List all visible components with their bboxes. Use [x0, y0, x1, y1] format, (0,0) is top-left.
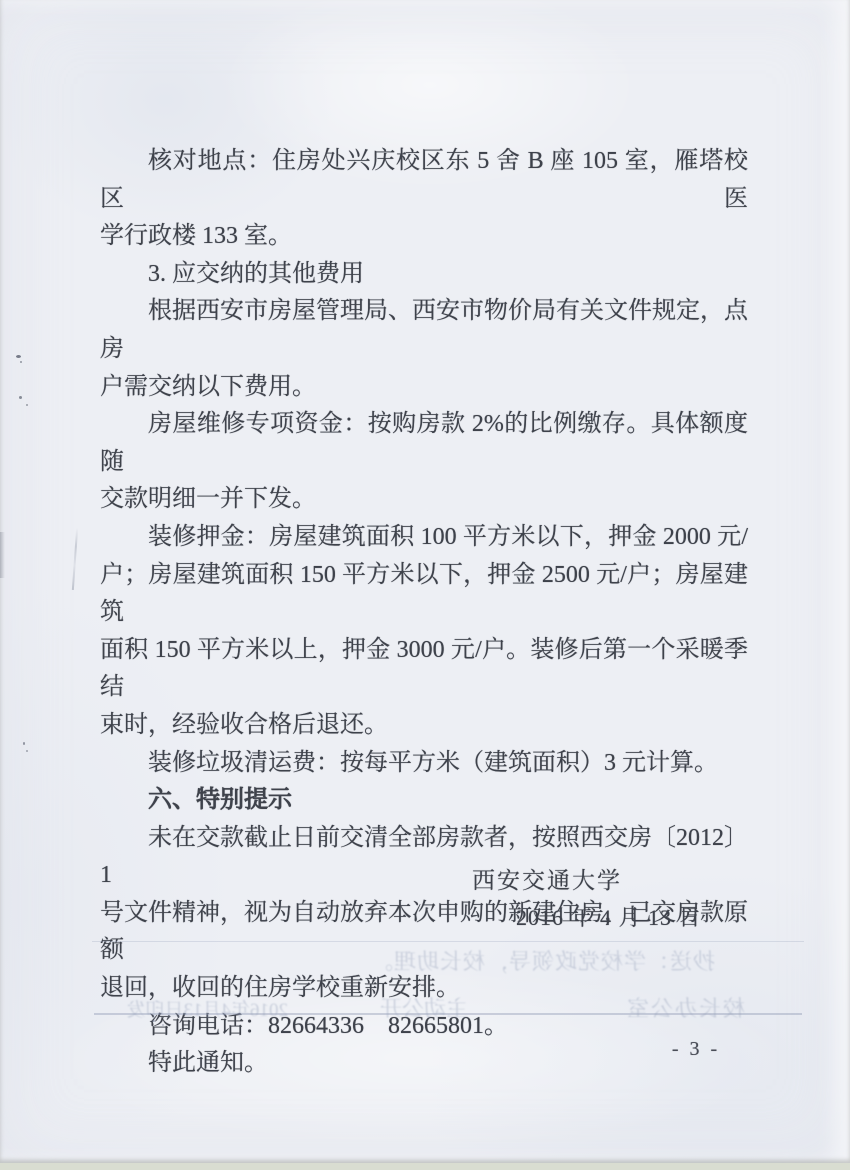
bleedthrough-issuer: 校长办公室 — [625, 992, 745, 1023]
scan-speckle — [26, 750, 28, 752]
paper-sheet: 核对地点：住房处兴庆校区东 5 舍 B 座 105 室，雁塔校区医 学行政楼 1… — [0, 0, 850, 1163]
scanned-page: 核对地点：住房处兴庆校区东 5 舍 B 座 105 室，雁塔校区医 学行政楼 1… — [0, 0, 850, 1170]
scan-edge-smudge — [0, 532, 5, 578]
scan-speckle — [19, 396, 22, 399]
bleedthrough-footer: 抄送：学校党政领导，校长助理。 校长办公室 主动公开 2016年4月13日印发 — [0, 940, 850, 1028]
scan-speckle — [26, 404, 28, 406]
scan-speckle — [23, 742, 25, 745]
signature-date: 2016 年 4 月 13 日 — [516, 901, 702, 932]
bleedthrough-cc-line: 抄送：学校党政领导，校长助理。 — [370, 945, 715, 976]
scan-speckle — [152, 1020, 155, 1022]
bleedthrough-disclosure: 主动公开 — [380, 992, 468, 1023]
scan-speckle — [162, 1024, 164, 1026]
signature-org: 西安交通大学 — [472, 862, 622, 895]
page-number: - 3 - — [636, 1038, 756, 1061]
scan-speckle — [20, 361, 22, 363]
bleedthrough-print-date: 2016年4月13日印发 — [126, 995, 288, 1022]
scan-speckle — [16, 355, 21, 358]
